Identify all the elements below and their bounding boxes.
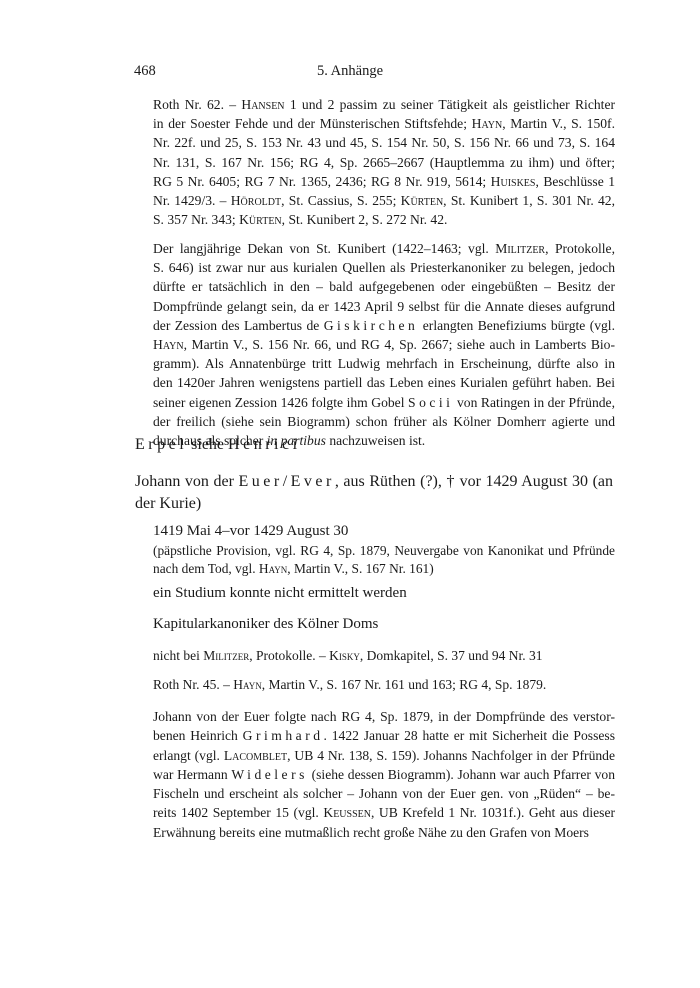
author-smallcaps: Militzer bbox=[495, 241, 545, 256]
text-line: war Hermann Widelers (siehe dessen Biogr… bbox=[153, 765, 615, 784]
text-line: nach dem Tod, vgl. Hayn, Martin V., S. 1… bbox=[153, 560, 615, 578]
running-head: 5. Anhänge bbox=[0, 63, 700, 80]
text-run: den 1420er Jahren wenigstens partiell da… bbox=[153, 375, 615, 390]
text-run: Erwähnung bereits eine mutmaßlich recht … bbox=[153, 825, 589, 840]
text-run: (päpstliche Provision, vgl. RG 4, Sp. 18… bbox=[153, 543, 615, 558]
cross-reference: Erpel siehe Henrici bbox=[135, 434, 301, 456]
text-run: , UB Krefeld 1 Nr. 1031f.). Geht aus die… bbox=[371, 805, 615, 820]
text-run: (siehe dessen Biogramm). Johann war auch… bbox=[308, 767, 615, 782]
text-run: erlangten Benefiziums bürgte (vgl. bbox=[418, 318, 615, 333]
text-run: , St. Kunibert 1, S. 301 Nr. 42, bbox=[443, 193, 615, 208]
text-run: Der langjährige Dekan von St. Kunibert (… bbox=[153, 241, 495, 256]
text-run: . 1422 Januar 28 hatte er mit Sicherheit… bbox=[324, 728, 615, 743]
text-line: gramm). Als Annatenbürge tritt Ludwig me… bbox=[153, 354, 615, 373]
name-spaced: Grimhard bbox=[243, 728, 324, 743]
text-run: , Domkapitel, S. 37 und 94 Nr. 31 bbox=[360, 648, 543, 663]
entry-body-paragraph: Johann von der Euer folgte nach RG 4, Sp… bbox=[153, 707, 615, 842]
text-line: Nr. 131, S. 167 Nr. 156; RG 4, Sp. 2665–… bbox=[153, 153, 615, 172]
text-run: der freilich (siehe sein Biogramm) schon… bbox=[153, 414, 615, 429]
text-run: , Martin V., S. 167 Nr. 161) bbox=[287, 561, 433, 576]
author-smallcaps: Keussen bbox=[323, 805, 371, 820]
text-line: RG 5 Nr. 6405; RG 7 Nr. 1365, 2436; RG 8… bbox=[153, 172, 615, 191]
text-run: , St. Cassius, S. 255; bbox=[281, 193, 401, 208]
text-line: der freilich (siehe sein Biogramm) schon… bbox=[153, 412, 615, 431]
text-run: S. 357 Nr. 343; bbox=[153, 212, 239, 227]
name-spaced: Giskirchen bbox=[324, 318, 419, 333]
text-line: Nr. 1429/3. – Höroldt, St. Cassius, S. 2… bbox=[153, 191, 615, 210]
text-run: , St. Kunibert 2, S. 272 Nr. 42. bbox=[282, 212, 448, 227]
text-line: dürfte er tatsächlich in den – bald aufg… bbox=[153, 277, 615, 296]
text-run: Nr. 131, S. 167 Nr. 156; RG 4, Sp. 2665–… bbox=[153, 155, 615, 170]
entry-refs-2: Roth Nr. 45. – Hayn, Martin V., S. 167 N… bbox=[153, 677, 546, 693]
entry-status: Kapitularkanoniker des Kölner Doms bbox=[153, 616, 378, 633]
text-run: , Martin V., S. 167 Nr. 161 und 163; RG … bbox=[262, 677, 547, 692]
text-line: S. 357 Nr. 343; Kürten, St. Kunibert 2, … bbox=[153, 210, 615, 229]
text-run: , aus Rüthen (?), † vor 1429 August 30 (… bbox=[335, 473, 613, 490]
text-run: in der Soester Fehde und der Münsterisch… bbox=[153, 116, 472, 131]
text-run: , Martin V., S. 156 Nr. 66, und RG 4, Sp… bbox=[184, 337, 615, 352]
text-line: Dompfründe gelangt sein, da er 1423 Apri… bbox=[153, 297, 615, 316]
text-run: dürfte er tatsächlich in den – bald aufg… bbox=[153, 279, 615, 294]
text-run: Johann von der Euer folgte nach RG 4, Sp… bbox=[153, 709, 615, 724]
author-smallcaps: Hansen bbox=[241, 97, 284, 112]
text-line: benen Heinrich Grimhard. 1422 Januar 28 … bbox=[153, 726, 615, 745]
text-run: Dompfründe gelangt sein, da er 1423 Apri… bbox=[153, 299, 615, 314]
author-smallcaps: Kisky bbox=[329, 648, 360, 663]
text-line: Roth Nr. 62. – Hansen 1 und 2 passim zu … bbox=[153, 95, 615, 114]
text-line: Johann von der Euer folgte nach RG 4, Sp… bbox=[153, 707, 615, 726]
text-run: seiner eigenen Zession 1426 folgte ihm G… bbox=[153, 395, 408, 410]
entry-provision: (päpstliche Provision, vgl. RG 4, Sp. 18… bbox=[153, 542, 615, 578]
text-run: der Zession des Lambertus de bbox=[153, 318, 324, 333]
author-smallcaps: Kürten bbox=[401, 193, 444, 208]
text-run: war Hermann bbox=[153, 767, 231, 782]
crossref-see: siehe bbox=[191, 436, 224, 453]
name-spaced: Socii bbox=[408, 395, 453, 410]
author-smallcaps: Hayn bbox=[259, 561, 287, 576]
name-spaced: Widelers bbox=[231, 767, 308, 782]
author-smallcaps: Höroldt bbox=[231, 193, 281, 208]
text-run: , Beschlüsse 1 bbox=[535, 174, 615, 189]
text-line: Fischeln und erscheint als solcher – Joh… bbox=[153, 784, 615, 803]
name-spaced: Euer/Ever bbox=[238, 473, 334, 490]
entry-heading-line2: der Kurie) bbox=[135, 493, 613, 515]
text-run: Johann von der bbox=[135, 473, 238, 490]
entry-study: ein Studium konnte nicht ermittelt werde… bbox=[153, 585, 407, 602]
text-run: gramm). Als Annatenbürge tritt Ludwig me… bbox=[153, 356, 615, 371]
author-smallcaps: Militzer bbox=[203, 648, 249, 663]
text-run: RG 5 Nr. 6405; RG 7 Nr. 1365, 2436; RG 8… bbox=[153, 174, 491, 189]
text-line: seiner eigenen Zession 1426 folgte ihm G… bbox=[153, 393, 615, 412]
text-line: den 1420er Jahren wenigstens partiell da… bbox=[153, 373, 615, 392]
text-run: nach dem Tod, vgl. bbox=[153, 561, 259, 576]
text-line: Der langjährige Dekan von St. Kunibert (… bbox=[153, 239, 615, 258]
text-run: , Martin V., S. 150f. bbox=[502, 116, 615, 131]
text-run: erlangt (vgl. bbox=[153, 748, 224, 763]
text-run: nachzuweisen ist. bbox=[326, 433, 425, 448]
text-line: erlangt (vgl. Lacomblet, UB 4 Nr. 138, S… bbox=[153, 746, 615, 765]
text-run: 1 und 2 passim zu seiner Tätigkeit als g… bbox=[285, 97, 615, 112]
text-run: , UB 4 Nr. 138, S. 159). Johanns Nachfol… bbox=[287, 748, 615, 763]
entry-date-range: 1419 Mai 4–vor 1429 August 30 bbox=[153, 523, 348, 540]
text-run: Roth Nr. 62. – bbox=[153, 97, 241, 112]
biography-paragraph: Der langjährige Dekan von St. Kunibert (… bbox=[153, 239, 615, 450]
text-line: Nr. 22f. und 25, S. 153 Nr. 43 und 45, S… bbox=[153, 133, 615, 152]
text-line: der Zession des Lambertus de Giskirchen … bbox=[153, 316, 615, 335]
text-line: in der Soester Fehde und der Münsterisch… bbox=[153, 114, 615, 133]
text-line: Erwähnung bereits eine mutmaßlich recht … bbox=[153, 823, 615, 842]
text-line: reits 1402 September 15 (vgl. Keussen, U… bbox=[153, 803, 615, 822]
text-run: Fischeln und erscheint als solcher – Joh… bbox=[153, 786, 615, 801]
text-run: nicht bei bbox=[153, 648, 203, 663]
entry-refs-1: nicht bei Militzer, Protokolle. – Kisky,… bbox=[153, 648, 543, 664]
entry-heading-line1: Johann von der Euer/Ever, aus Rüthen (?)… bbox=[135, 471, 613, 493]
author-smallcaps: Hayn bbox=[233, 677, 261, 692]
crossref-name: Erpel bbox=[135, 436, 187, 453]
text-line: Hayn, Martin V., S. 156 Nr. 66, und RG 4… bbox=[153, 335, 615, 354]
text-line: (päpstliche Provision, vgl. RG 4, Sp. 18… bbox=[153, 542, 615, 560]
text-line: S. 646) ist zwar nur aus kurialen Quelle… bbox=[153, 258, 615, 277]
text-run: , Protokolle, bbox=[545, 241, 615, 256]
text-run: S. 646) ist zwar nur aus kurialen Quelle… bbox=[153, 260, 615, 275]
text-run: von Ratingen in der Pfründe, bbox=[453, 395, 615, 410]
text-run: benen Heinrich bbox=[153, 728, 243, 743]
author-smallcaps: Hayn bbox=[472, 116, 503, 131]
text-run: reits 1402 September 15 (vgl. bbox=[153, 805, 323, 820]
entry-heading: Johann von der Euer/Ever, aus Rüthen (?)… bbox=[135, 471, 613, 515]
author-smallcaps: Kürten bbox=[239, 212, 282, 227]
author-smallcaps: Hayn bbox=[153, 337, 184, 352]
author-smallcaps: Huiskes bbox=[491, 174, 536, 189]
sources-paragraph: Roth Nr. 62. – Hansen 1 und 2 passim zu … bbox=[153, 95, 615, 229]
text-run: Nr. 1429/3. – bbox=[153, 193, 231, 208]
author-smallcaps: Lacomblet bbox=[224, 748, 287, 763]
crossref-target: Henrici bbox=[228, 436, 300, 453]
text-run: , Protokolle. – bbox=[249, 648, 329, 663]
text-run: Nr. 22f. und 25, S. 153 Nr. 43 und 45, S… bbox=[153, 135, 615, 150]
text-run: Roth Nr. 45. – bbox=[153, 677, 233, 692]
